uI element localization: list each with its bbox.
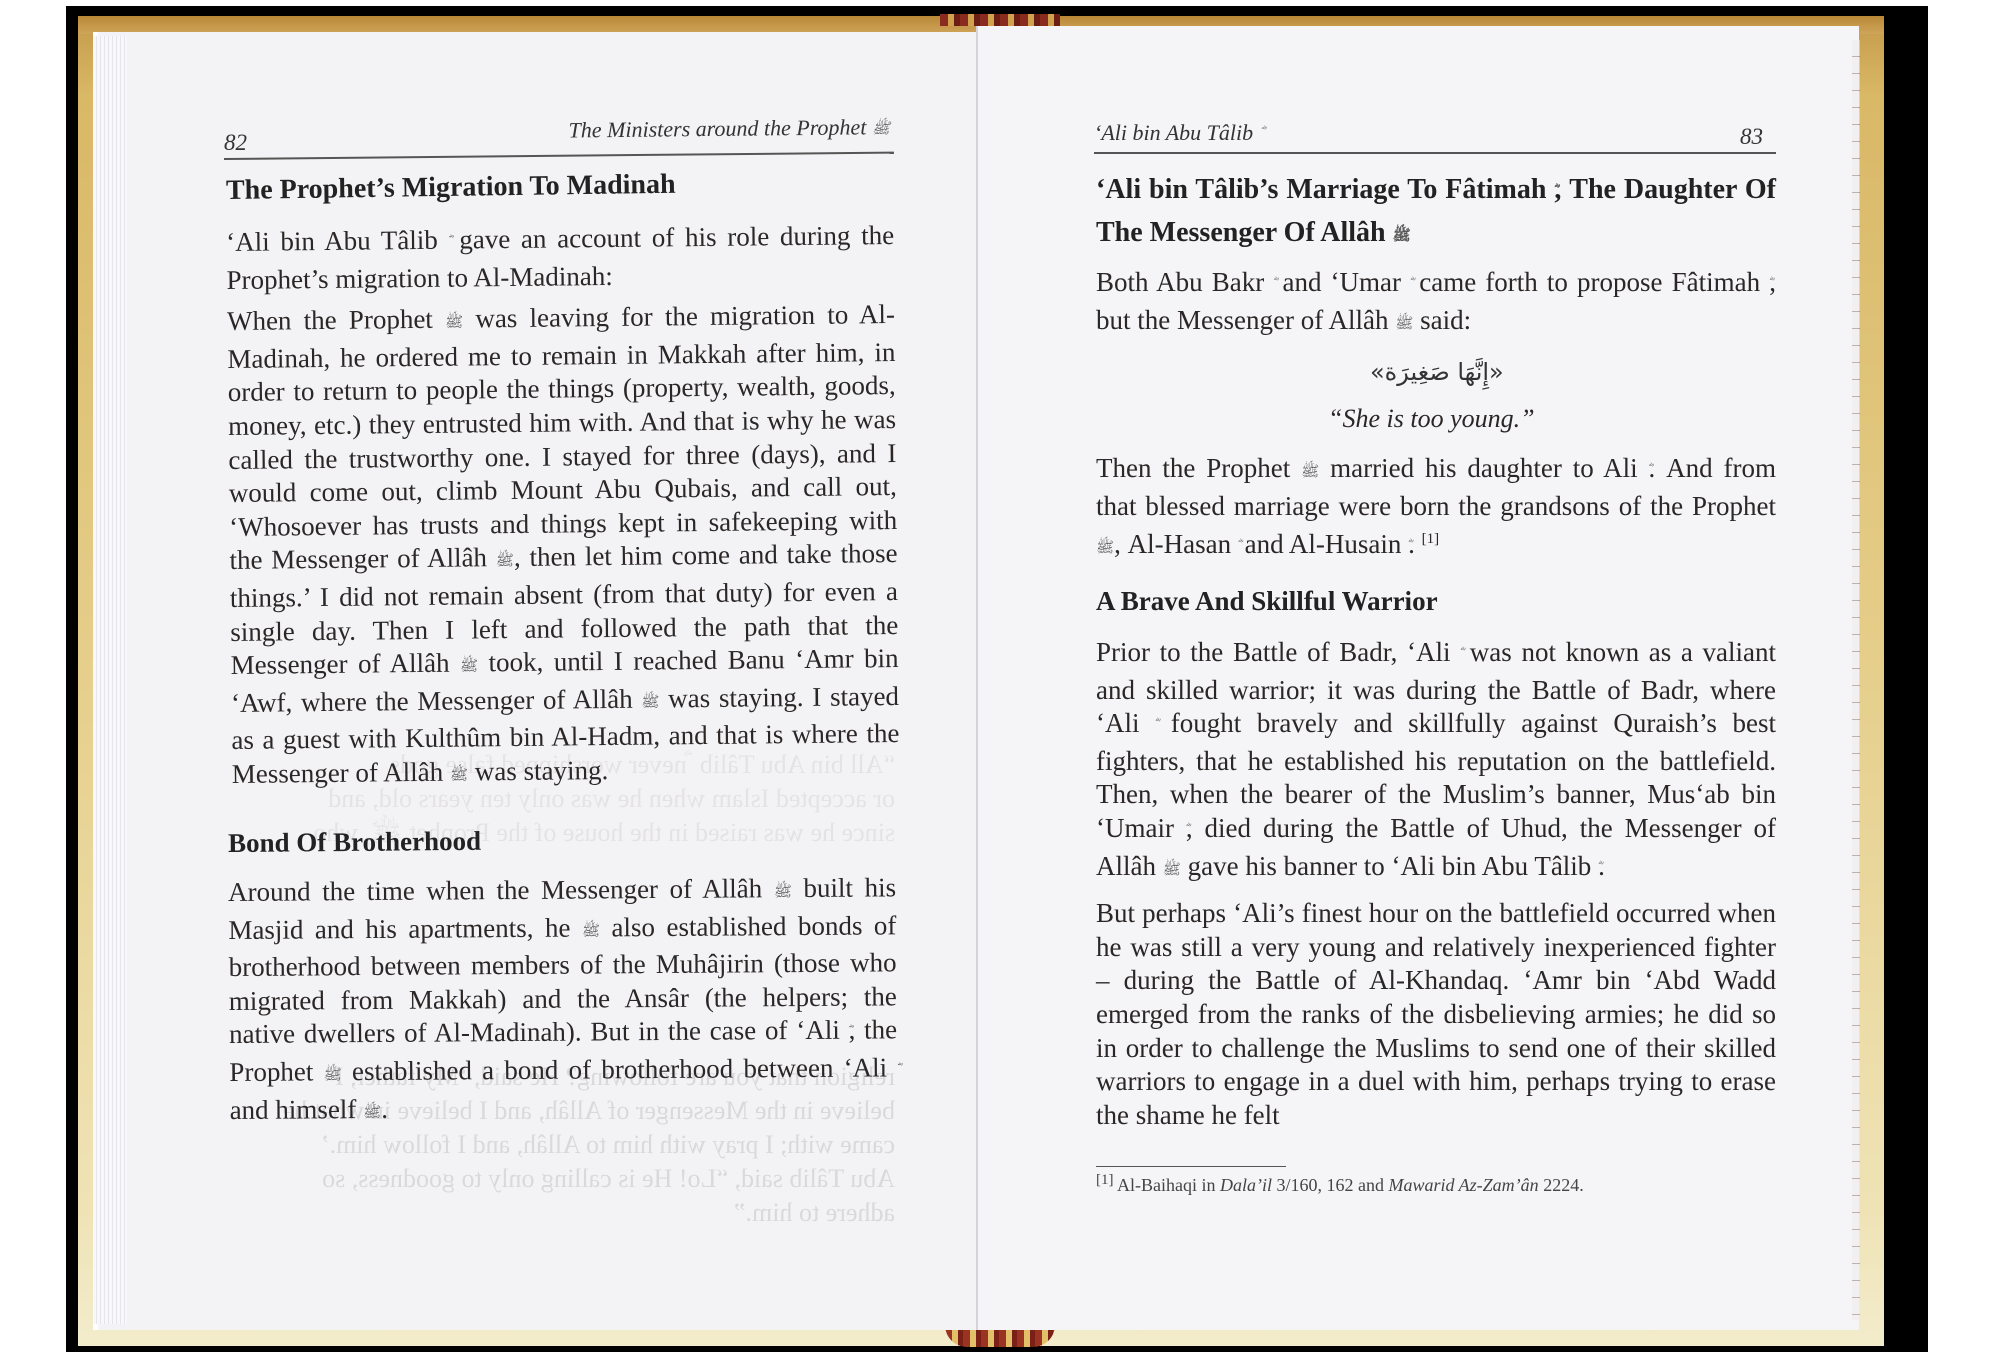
honorific-icon: ﷺ — [496, 553, 514, 569]
honorific-icon: ﷺ — [1301, 464, 1319, 480]
right-body-marriage-intro: Both Abu Bakr ؓ and ‘Umar ؓ came forth t… — [1096, 266, 1776, 349]
paragraph: But perhaps ‘Ali’s finest hour on the ba… — [1096, 897, 1776, 1132]
honorific-icon: ﷺ — [582, 923, 600, 939]
section-heading-warrior: A Brave And Skillful Warrior — [1096, 586, 1438, 617]
paragraph: Then the Prophet ﷺ married his daughter … — [1096, 452, 1776, 566]
footnote: [1] Al-Baihaqi in Dala’il 3/160, 162 and… — [1096, 1172, 1584, 1196]
honorific-icon: ﷺ — [1096, 540, 1114, 556]
section-heading-migration: The Prophet’s Migration To Madinah — [226, 169, 676, 207]
section-heading-brotherhood: Bond Of Brotherhood — [228, 826, 481, 859]
right-page-edges — [1852, 40, 1860, 1320]
left-page-edges — [93, 36, 127, 1324]
book-gutter — [976, 26, 978, 1330]
footnote-marker: [1] — [1096, 1172, 1114, 1188]
right-running-head: ‘Ali bin Abu Tâlib ؓ — [1094, 120, 1259, 146]
honorific-icon: ﷺ — [363, 1104, 381, 1120]
footnote-work-title: Mawarid Az-Zam’ân — [1389, 1175, 1539, 1195]
honorific-icon: ﷺ — [450, 767, 468, 783]
honorific-icon: ﷺ — [1395, 316, 1413, 332]
left-body-brotherhood: Around the time when the Messenger of Al… — [228, 871, 898, 1139]
paragraph: Both Abu Bakr ؓ and ‘Umar ؓ came forth t… — [1096, 266, 1776, 341]
honorific-icon: ﷺ — [774, 884, 792, 900]
honorific-icon: ﷺ — [445, 315, 463, 331]
bleed-line: adhere to him.” — [225, 1196, 895, 1230]
honorific-icon: ﷺ — [1163, 862, 1181, 878]
bleed-line: Abu Tâlib said, “Lo! He is calling only … — [225, 1162, 895, 1196]
left-body-migration: ‘Ali bin Abu Tâlib ؓ gave an account of … — [226, 219, 900, 803]
paragraph: Around the time when the Messenger of Al… — [228, 871, 898, 1131]
left-running-head: The Ministers around the Prophet ﷺ — [530, 114, 890, 145]
spine-headband-top — [940, 14, 1060, 26]
right-body-warrior: Prior to the Battle of Badr, ‘Ali ؓ was … — [1096, 636, 1776, 1140]
honorific-icon: ﷺ — [1393, 228, 1411, 244]
quote-translation: “She is too young.” — [1328, 404, 1535, 434]
paragraph: Prior to the Battle of Badr, ‘Ali ؓ was … — [1096, 636, 1776, 887]
section-heading-marriage: ‘Ali bin Tâlib’s Marriage To Fâtimah ؓ, … — [1096, 170, 1776, 256]
arabic-quote: «إِنَّهَا صَغِيرَة» — [1370, 358, 1504, 386]
footnote-text: 2224. — [1539, 1175, 1584, 1195]
honorific-icon: ﷺ — [460, 659, 478, 675]
honorific-icon: ﷺ — [872, 121, 890, 137]
paragraph: When the Prophet ﷺ was leaving for the m… — [227, 298, 900, 795]
footnote-rule — [1096, 1166, 1286, 1167]
footnote-ref[interactable]: [1] — [1422, 531, 1440, 547]
footnote-text: Al-Baihaqi in — [1117, 1175, 1220, 1195]
right-body-marriage: Then the Prophet ﷺ married his daughter … — [1096, 452, 1776, 574]
right-page-number: 83 — [1740, 124, 1763, 150]
honorific-icon: ﷺ — [324, 1067, 342, 1083]
paragraph: ‘Ali bin Abu Tâlib ؓ gave an account of … — [226, 219, 895, 297]
right-header-rule — [1094, 152, 1776, 154]
footnote-work-title: Dala’il — [1220, 1175, 1272, 1195]
footnote-text: 3/160, 162 and — [1272, 1175, 1389, 1195]
honorific-icon: ﷺ — [641, 694, 659, 710]
left-page-number: 82 — [224, 130, 247, 156]
